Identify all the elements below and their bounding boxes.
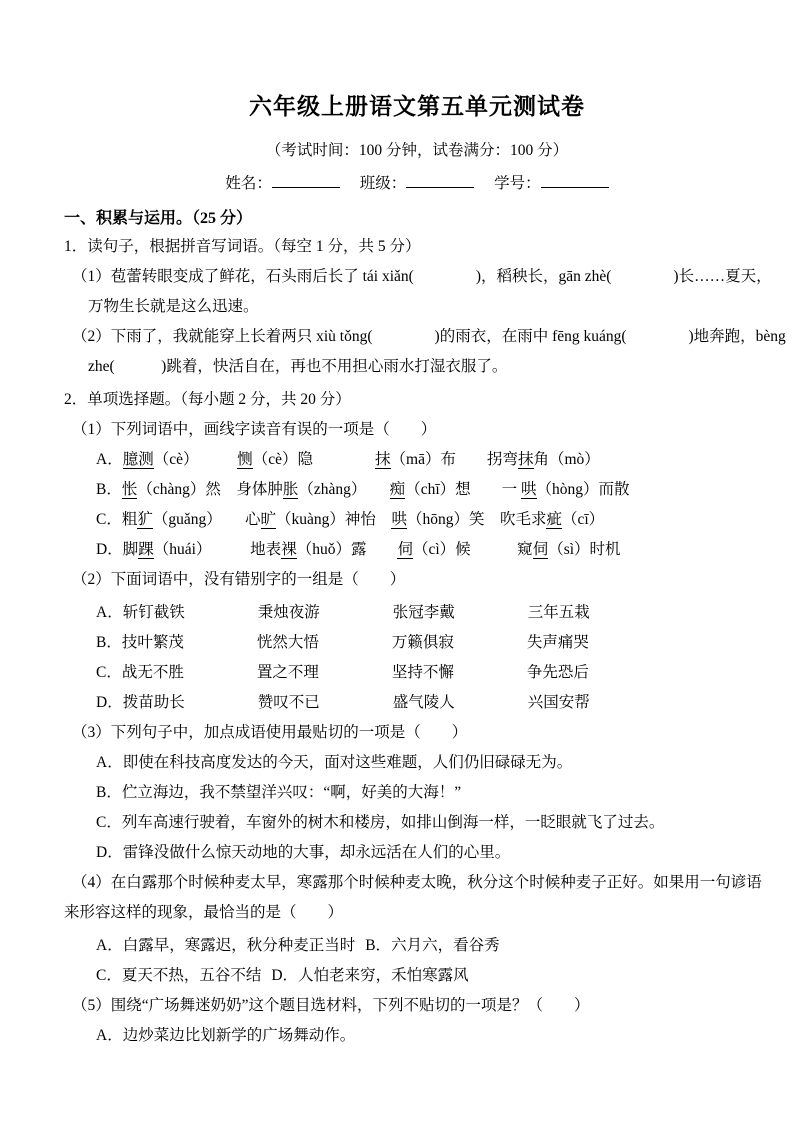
q2-sub2-option-c: C．战无不胜置之不理坚持不懈争先恐后 bbox=[64, 658, 770, 688]
option-text: 粗犷（guǎng） 心旷（kuàng）神怡 哄（hōng）笑 吹毛求疵（cī） bbox=[122, 511, 604, 529]
option-label: B． bbox=[96, 784, 122, 801]
option-label: B． bbox=[96, 481, 122, 498]
q1-part2-line2: zhe( )跳着，快活自在，再也不用担心雨水打湿衣服了。 bbox=[64, 352, 770, 382]
option-text: 白露早，寒露迟，秋分种麦正当时 bbox=[123, 937, 356, 954]
q2-sub1-option-d: D．脚踝（huái） 地表裸（huǒ）露 伺（cì）候 窥伺（sì）时机 bbox=[64, 535, 770, 565]
option-label: D． bbox=[96, 844, 123, 861]
q2-sub4-options-ab: A．白露早，寒露迟，秋分种麦正当时B．六月六，看谷秀 bbox=[64, 931, 770, 961]
option-label: C． bbox=[96, 511, 122, 528]
option-words: 拨苗助长赞叹不已盛气陵人兴国安帮 bbox=[123, 694, 663, 711]
option-label: C． bbox=[96, 664, 122, 681]
option-label: A． bbox=[96, 937, 123, 954]
name-label: 姓名： bbox=[225, 175, 272, 192]
q2-sub3-option-d: D．雷锋没做什么惊天动地的大事，却永远活在人们的心里。 bbox=[64, 838, 770, 868]
q2-sub5-stem: （5）围绕“广场舞迷奶奶”这个题目选材料，下列不贴切的一项是？（ ） bbox=[64, 991, 770, 1021]
q1-part2-line1: （2）下雨了，我就能穿上长着两只 xiù tǒng( )的雨衣，在雨中 fēng… bbox=[64, 322, 770, 352]
option-words: 战无不胜置之不理坚持不懈争先恐后 bbox=[122, 664, 662, 681]
option-text: 人怕老来穷，禾怕寒露风 bbox=[298, 967, 469, 984]
name-blank bbox=[272, 172, 340, 188]
q2-sub1-option-c: C．粗犷（guǎng） 心旷（kuàng）神怡 哄（hōng）笑 吹毛求疵（cī… bbox=[64, 505, 770, 535]
option-label: A． bbox=[96, 754, 123, 771]
id-blank bbox=[541, 172, 609, 188]
option-label: A． bbox=[96, 451, 123, 468]
q2-sub2-option-b: B．技叶繁茂恍然大悟万籁俱寂失声痛哭 bbox=[64, 628, 770, 658]
q2-sub1-option-b: B．怅（chàng）然 身体肿胀（zhàng） 痴（chī）想 一 哄（hòng… bbox=[64, 475, 770, 505]
q2-sub3-option-c: C．列车高速行驶着，车窗外的树木和楼房，如排山倒海一样，一眨眼就飞了过去。 bbox=[64, 808, 770, 838]
q2-stem: 2．单项选择题。（每小题 2 分，共 20 分） bbox=[64, 385, 770, 415]
option-label: A． bbox=[96, 1027, 123, 1044]
option-words: 技叶繁茂恍然大悟万籁俱寂失声痛哭 bbox=[122, 634, 662, 651]
option-words: 斩钉截铁秉烛夜游张冠李戴三年五栽 bbox=[123, 604, 663, 621]
option-label: B． bbox=[96, 634, 122, 651]
option-label: B． bbox=[365, 937, 391, 954]
option-label: C． bbox=[96, 814, 122, 831]
q2-sub1-stem: （1）下列词语中，画线字读音有误的一项是（ ） bbox=[64, 415, 770, 445]
option-text: 伫立海边，我不禁望洋兴叹：“啊，好美的大海！” bbox=[122, 784, 461, 801]
test-paper-page: 六年级上册语文第五单元测试卷 （考试时间：100 分钟，试卷满分：100 分） … bbox=[0, 0, 794, 1051]
q2-sub2-option-d: D．拨苗助长赞叹不已盛气陵人兴国安帮 bbox=[64, 688, 770, 718]
q2-sub3-option-a: A．即使在科技高度发达的今天，面对这些难题，人们仍旧碌碌无为。 bbox=[64, 748, 770, 778]
option-label: C． bbox=[96, 967, 122, 984]
option-text: 脚踝（huái） 地表裸（huǒ）露 伺（cì）候 窥伺（sì）时机 bbox=[123, 541, 621, 559]
option-text: 臆测（cè） 恻（cè）隐 抹（mā）布 拐弯抹角（mò） bbox=[123, 451, 600, 469]
exam-info: （考试时间：100 分钟，试卷满分：100 分） bbox=[64, 138, 770, 160]
option-label: A． bbox=[96, 604, 123, 621]
name-class-id-row: 姓名： 班级： 学号： bbox=[64, 171, 770, 193]
q2-sub2-option-a: A．斩钉截铁秉烛夜游张冠李戴三年五栽 bbox=[64, 598, 770, 628]
q1-part1-line1: （1）苞蕾转眼变成了鲜花，石头雨后长了 tái xiǎn( )，稻秧长，gān … bbox=[64, 262, 770, 292]
option-text: 夏天不热，五谷不结 bbox=[122, 967, 262, 984]
option-text: 列车高速行驶着，车窗外的树木和楼房，如排山倒海一样，一眨眼就飞了过去。 bbox=[122, 814, 665, 831]
option-label: D． bbox=[96, 541, 123, 558]
option-text: 六月六，看谷秀 bbox=[391, 937, 500, 954]
option-label: D． bbox=[96, 694, 123, 711]
class-label: 班级： bbox=[360, 175, 407, 192]
option-text: 雷锋没做什么惊天动地的大事，却永远活在人们的心里。 bbox=[123, 844, 511, 861]
q1-stem: 1．读句子，根据拼音写词语。（每空 1 分，共 5 分） bbox=[64, 232, 770, 262]
q1-part1-line2: 万物生长就是这么迅速。 bbox=[64, 292, 770, 322]
class-blank bbox=[406, 172, 474, 188]
option-text: 即使在科技高度发达的今天，面对这些难题，人们仍旧碌碌无为。 bbox=[123, 754, 573, 771]
id-label: 学号： bbox=[494, 175, 541, 192]
q2-sub3-option-b: B．伫立海边，我不禁望洋兴叹：“啊，好美的大海！” bbox=[64, 778, 770, 808]
q2-sub4-options-cd: C．夏天不热，五谷不结D．人怕老来穷，禾怕寒露风 bbox=[64, 961, 770, 991]
page-title: 六年级上册语文第五单元测试卷 bbox=[64, 88, 770, 121]
section1-heading: 一、积累与运用。（25 分） bbox=[64, 206, 770, 232]
q2-sub4-stem: （4）在白露那个时候种麦太早，寒露那个时候种麦太晚，秋分这个时候种麦子正好。如果… bbox=[64, 868, 770, 928]
option-text: 边炒菜边比划新学的广场舞动作。 bbox=[123, 1027, 356, 1044]
option-label: D． bbox=[271, 967, 298, 984]
q2-sub2-stem: （2）下面词语中，没有错别字的一组是（ ） bbox=[64, 565, 770, 595]
q2-sub1-option-a: A．臆测（cè） 恻（cè）隐 抹（mā）布 拐弯抹角（mò） bbox=[64, 445, 770, 475]
option-text: 怅（chàng）然 身体肿胀（zhàng） 痴（chī）想 一 哄（hòng）而… bbox=[122, 481, 630, 499]
q2-sub3-stem: （3）下列句子中，加点成语使用最贴切的一项是（ ） bbox=[64, 718, 770, 748]
q2-sub5-option-a: A．边炒菜边比划新学的广场舞动作。 bbox=[64, 1021, 770, 1051]
